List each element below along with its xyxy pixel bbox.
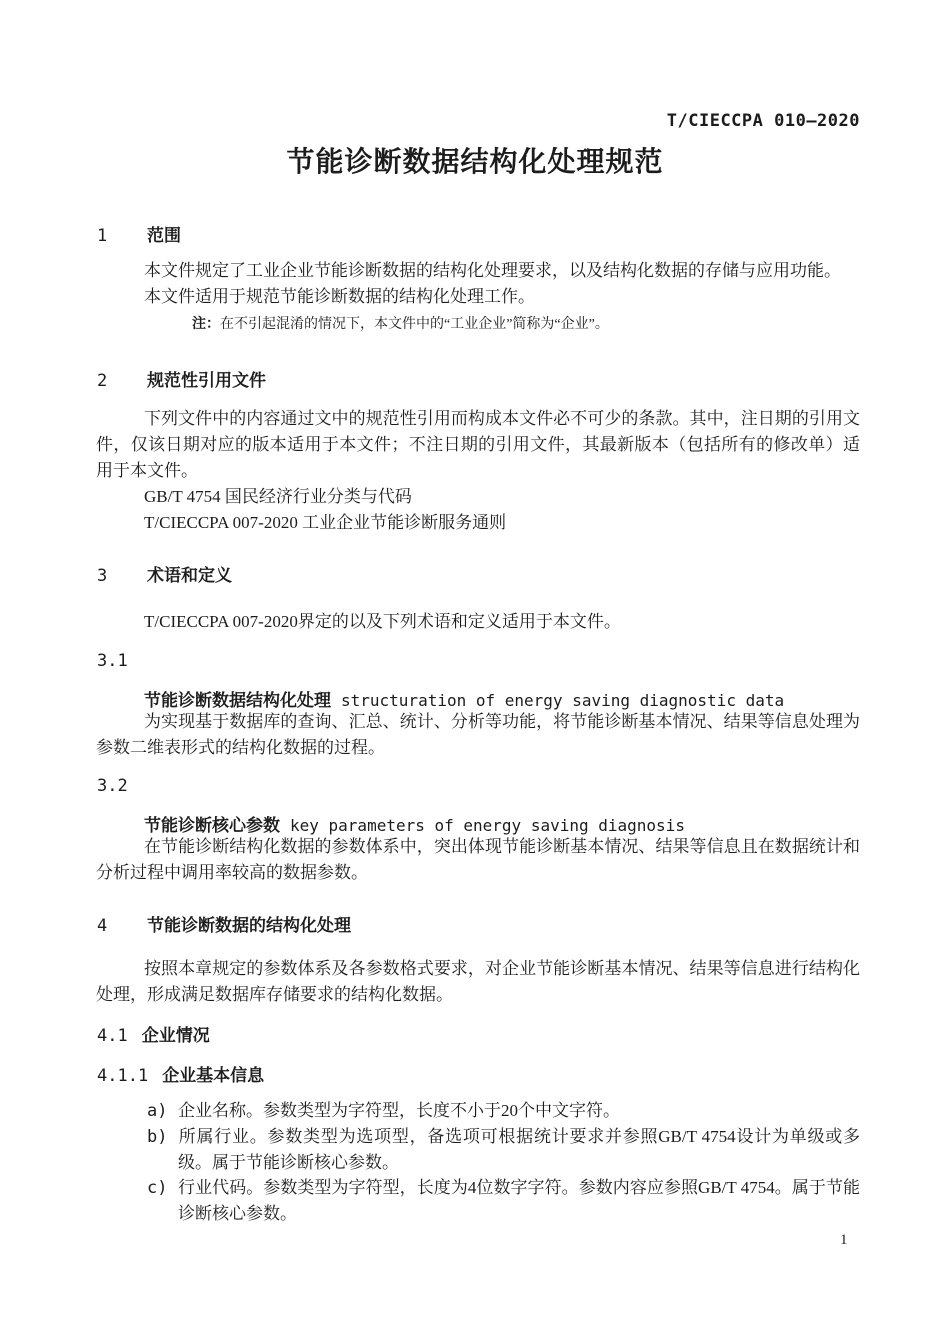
section-2-number: 2 [97, 371, 147, 391]
note-text: 在不引起混淆的情况下，本文件中的“工业企业”简称为“企业”。 [220, 317, 609, 332]
section-3-heading: 3术语和定义 [97, 561, 860, 586]
page-number: 1 [840, 1232, 848, 1249]
section-4-number: 4 [97, 916, 147, 936]
section-4-1-heading: 4.1企业情况 [97, 1021, 860, 1046]
term-3-1-number: 3.1 [97, 651, 860, 671]
section-1-number: 1 [97, 226, 147, 246]
term-3-2-line: 节能诊断核心参数key parameters of energy saving … [96, 811, 860, 836]
section-1-heading: 1范围 [97, 221, 860, 246]
document-title: 节能诊断数据结构化处理规范 [0, 140, 950, 180]
section-1-note: 注：在不引起混淆的情况下，本文件中的“工业企业”简称为“企业”。 [96, 310, 860, 338]
section-4-body: 按照本章规定的参数体系及各参数格式要求，对企业节能诊断基本情况、结果等信息进行结… [96, 956, 860, 1008]
section-4-title: 节能诊断数据的结构化处理 [147, 916, 351, 935]
section-4-heading: 4节能诊断数据的结构化处理 [97, 911, 860, 936]
section-2-heading: 2规范性引用文件 [97, 366, 860, 391]
list-item-c-label: c) [147, 1176, 178, 1201]
term-3-2-chinese: 节能诊断核心参数 [144, 816, 280, 835]
section-2-body: 下列文件中的内容通过文中的规范性引用而构成本文件必不可少的条款。其中，注日期的引… [96, 406, 860, 536]
list-item-a-label: a) [147, 1099, 178, 1124]
section-3-intro-text: T/CIECCPA 007-2020界定的以及下列术语和定义适用于本文件。 [96, 609, 860, 635]
section-4-1-number: 4.1 [97, 1026, 128, 1046]
normative-reference: GB/T 4754 国民经济行业分类与代码 [96, 484, 860, 510]
section-2-paragraph: 下列文件中的内容通过文中的规范性引用而构成本文件必不可少的条款。其中，注日期的引… [96, 406, 860, 484]
list-item-a: a)企业名称。参数类型为字符型，长度不小于20个中文字符。 [96, 1098, 860, 1124]
list-item-b-text: 所属行业。参数类型为选项型，备选项可根据统计要求并参照GB/T 4754设计为单… [178, 1127, 860, 1172]
section-3-number: 3 [97, 566, 147, 586]
section-4-1-title: 企业情况 [142, 1026, 210, 1045]
standard-code: T/CIECCPA 010—2020 [667, 111, 860, 131]
list-item-c-text: 行业代码。参数类型为字符型，长度为4位数字字符。参数内容应参照GB/T 4754… [178, 1178, 860, 1223]
list-item-b-label: b) [147, 1125, 178, 1150]
term-3-1-definition-block: 为实现基于数据库的查询、汇总、统计、分析等功能，将节能诊断基本情况、结果等信息处… [96, 709, 860, 761]
section-4-paragraph: 按照本章规定的参数体系及各参数格式要求，对企业节能诊断基本情况、结果等信息进行结… [96, 956, 860, 1008]
list-item-b: b)所属行业。参数类型为选项型，备选项可根据统计要求并参照GB/T 4754设计… [96, 1124, 860, 1175]
section-2-title: 规范性引用文件 [147, 371, 266, 390]
document-page: T/CIECCPA 010—2020 节能诊断数据结构化处理规范 1范围 本文件… [0, 0, 950, 1344]
term-3-2-definition-block: 在节能诊断结构化数据的参数体系中，突出体现节能诊断基本情况、结果等信息且在数据统… [96, 834, 860, 886]
section-4-1-1-title: 企业基本信息 [162, 1066, 264, 1085]
term-3-2-definition: 在节能诊断结构化数据的参数体系中，突出体现节能诊断基本情况、结果等信息且在数据统… [96, 834, 860, 886]
section-4-1-1-number: 4.1.1 [97, 1066, 148, 1086]
list-item-a-text: 企业名称。参数类型为字符型，长度不小于20个中文字符。 [178, 1101, 620, 1120]
term-3-1-chinese: 节能诊断数据结构化处理 [144, 691, 331, 710]
list-item-c: c)行业代码。参数类型为字符型，长度为4位数字字符。参数内容应参照GB/T 47… [96, 1175, 860, 1226]
section-1-body: 本文件规定了工业企业节能诊断数据的结构化处理要求，以及结构化数据的存储与应用功能… [96, 258, 860, 338]
section-1-paragraph: 本文件适用于规范节能诊断数据的结构化处理工作。 [96, 284, 860, 310]
parameter-list: a)企业名称。参数类型为字符型，长度不小于20个中文字符。 b)所属行业。参数类… [96, 1098, 860, 1226]
term-3-1-line: 节能诊断数据结构化处理structuration of energy savin… [96, 686, 860, 711]
section-4-1-1-heading: 4.1.1企业基本信息 [97, 1061, 860, 1086]
section-3-intro: T/CIECCPA 007-2020界定的以及下列术语和定义适用于本文件。 [96, 609, 860, 635]
normative-reference: T/CIECCPA 007-2020 工业企业节能诊断服务通则 [96, 510, 860, 536]
term-3-1-definition: 为实现基于数据库的查询、汇总、统计、分析等功能，将节能诊断基本情况、结果等信息处… [96, 709, 860, 761]
term-3-1-english: structuration of energy saving diagnosti… [341, 691, 784, 710]
note-label: 注： [192, 315, 220, 331]
section-3-title: 术语和定义 [147, 566, 232, 585]
section-1-paragraph: 本文件规定了工业企业节能诊断数据的结构化处理要求，以及结构化数据的存储与应用功能… [96, 258, 860, 284]
section-1-title: 范围 [147, 226, 181, 245]
term-3-2-number: 3.2 [97, 776, 860, 796]
term-3-2-english: key parameters of energy saving diagnosi… [290, 816, 685, 835]
